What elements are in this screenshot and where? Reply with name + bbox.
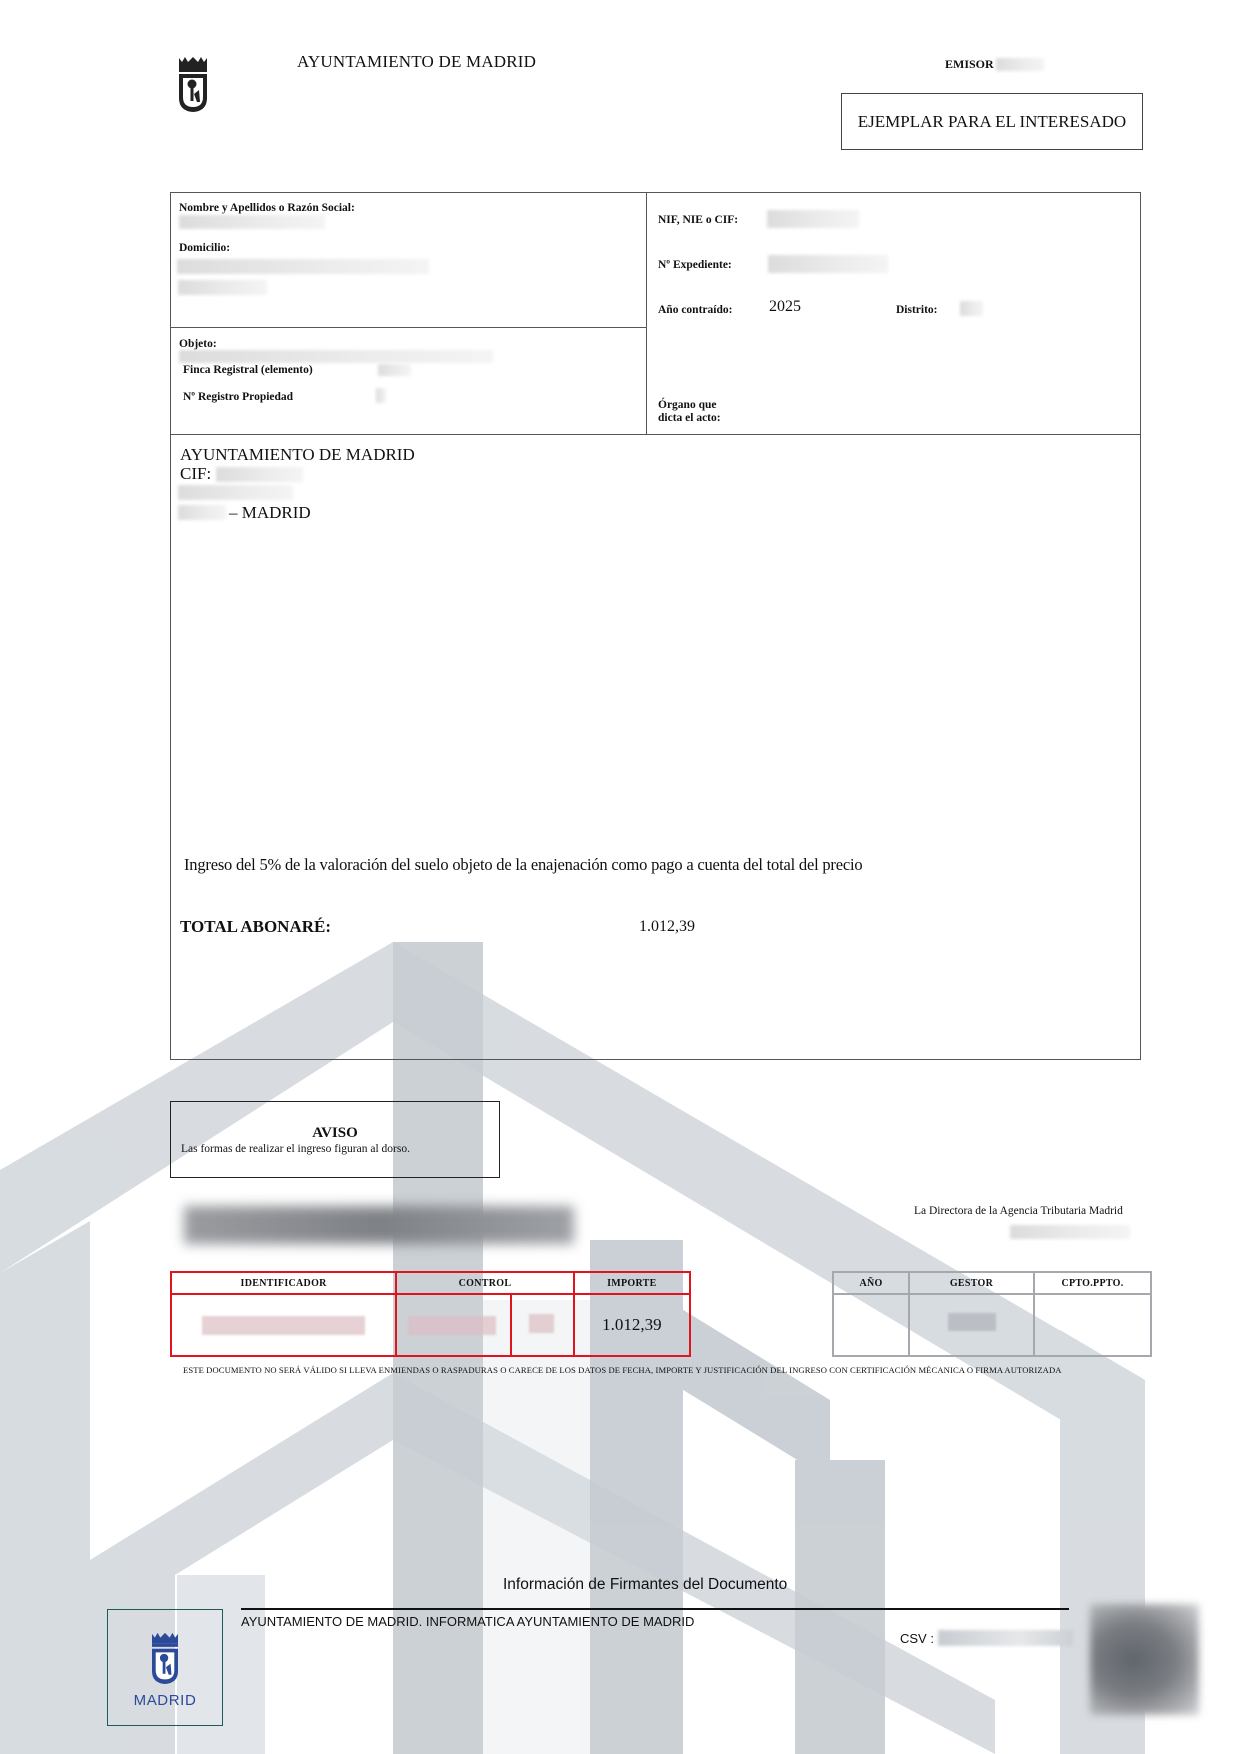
address-line2-redacted — [178, 280, 267, 295]
organo-label-line1: Órgano que — [658, 399, 721, 412]
signers-divider — [241, 1608, 1069, 1610]
cpto-ppto-cell — [1034, 1294, 1151, 1356]
finca-label: Finca Registral (elemento) — [183, 364, 313, 376]
emisor-label: EMISOR — [945, 57, 994, 72]
column-divider — [646, 192, 647, 435]
gestor-cell — [909, 1294, 1034, 1356]
total-label: TOTAL ABONARÉ: — [180, 917, 331, 936]
header-identificador: IDENTIFICADOR — [171, 1272, 396, 1294]
recipient-postcode-redacted — [178, 505, 226, 520]
ano-label: Año contraído: — [658, 304, 732, 316]
signature-redacted — [184, 1206, 574, 1244]
madrid-logo-text: MADRID — [108, 1692, 222, 1709]
signer-title: La Directora de la Agencia Tributaria Ma… — [914, 1205, 1123, 1217]
registro-label: Nº Registro Propiedad — [183, 391, 293, 403]
csv-value-redacted — [938, 1630, 1073, 1646]
header-ano: AÑO — [833, 1272, 909, 1294]
address-line1-redacted — [177, 259, 429, 274]
notice-box: AVISO Las formas de realizar el ingreso … — [170, 1101, 500, 1178]
recipient-cif-redacted — [216, 467, 303, 482]
csv-label: CSV : — [900, 1631, 934, 1646]
header-cpto-ppto: CPTO.PPTO. — [1034, 1272, 1151, 1294]
recipient-address-redacted — [178, 485, 293, 500]
expediente-label: Nº Expediente: — [658, 259, 732, 271]
concept-description: Ingreso del 5% de la valoración del suel… — [184, 855, 862, 874]
emisor-redacted — [996, 58, 1044, 71]
row-divider-full — [170, 434, 1141, 435]
budget-table: AÑO GESTOR CPTO.PPTO. — [832, 1271, 1152, 1357]
recipient-city: – MADRID — [229, 503, 311, 522]
total-value: 1.012,39 — [639, 917, 695, 936]
nif-value-redacted — [767, 210, 859, 228]
recipient-cif-label: CIF: — [180, 464, 211, 483]
organo-label: Órgano que dicta el acto: — [658, 399, 721, 425]
control-cell-2 — [511, 1294, 573, 1356]
registro-value-redacted — [376, 388, 386, 403]
header-importe: IMPORTE — [574, 1272, 690, 1294]
ano-cell — [833, 1294, 909, 1356]
copy-label-box: EJEMPLAR PARA EL INTERESADO — [841, 93, 1143, 150]
copy-label: EJEMPLAR PARA EL INTERESADO — [858, 112, 1126, 132]
control-cell-1 — [396, 1294, 511, 1356]
nif-label: NIF, NIE o CIF: — [658, 214, 738, 226]
header-control: CONTROL — [396, 1272, 573, 1294]
payment-table: IDENTIFICADOR CONTROL IMPORTE 1.012,39 — [170, 1271, 691, 1357]
identificador-redacted — [202, 1316, 365, 1335]
notice-title: AVISO — [171, 1125, 499, 1142]
signer-entity: AYUNTAMIENTO DE MADRID. INFORMATICA AYUN… — [241, 1614, 694, 1629]
finca-value-redacted — [378, 364, 411, 376]
row-divider-left — [170, 327, 647, 328]
control-2-redacted — [529, 1314, 554, 1333]
control-1-redacted — [408, 1316, 496, 1335]
issuer-name: AYUNTAMIENTO DE MADRID — [297, 52, 536, 72]
madrid-coat-of-arms-icon — [176, 56, 210, 114]
importe-value: 1.012,39 — [574, 1294, 690, 1356]
distrito-value-redacted — [960, 301, 983, 316]
gestor-redacted — [948, 1313, 996, 1331]
distrito-label: Distrito: — [896, 304, 938, 316]
qr-code-redacted — [1090, 1604, 1199, 1715]
notice-text: Las formas de realizar el ingreso figura… — [181, 1143, 410, 1155]
validity-disclaimer: ESTE DOCUMENTO NO SERÁ VÁLIDO SI LLEVA E… — [183, 1364, 1143, 1376]
signer-name-redacted — [1010, 1225, 1130, 1239]
expediente-value-redacted — [768, 255, 888, 273]
ano-value: 2025 — [769, 298, 801, 316]
object-value-redacted — [179, 350, 493, 363]
name-label: Nombre y Apellidos o Razón Social: — [179, 202, 355, 214]
madrid-logo-box: MADRID — [107, 1609, 223, 1726]
organo-label-line2: dicta el acto: — [658, 412, 721, 425]
object-label: Objeto: — [179, 338, 217, 350]
madrid-logo-icon — [149, 1632, 181, 1684]
address-label: Domicilio: — [179, 242, 230, 254]
signers-title: Información de Firmantes del Documento — [503, 1576, 787, 1594]
recipient-name: AYUNTAMIENTO DE MADRID — [180, 445, 415, 464]
name-value-redacted — [179, 215, 325, 229]
header-gestor: GESTOR — [909, 1272, 1034, 1294]
identificador-cell — [171, 1294, 396, 1356]
